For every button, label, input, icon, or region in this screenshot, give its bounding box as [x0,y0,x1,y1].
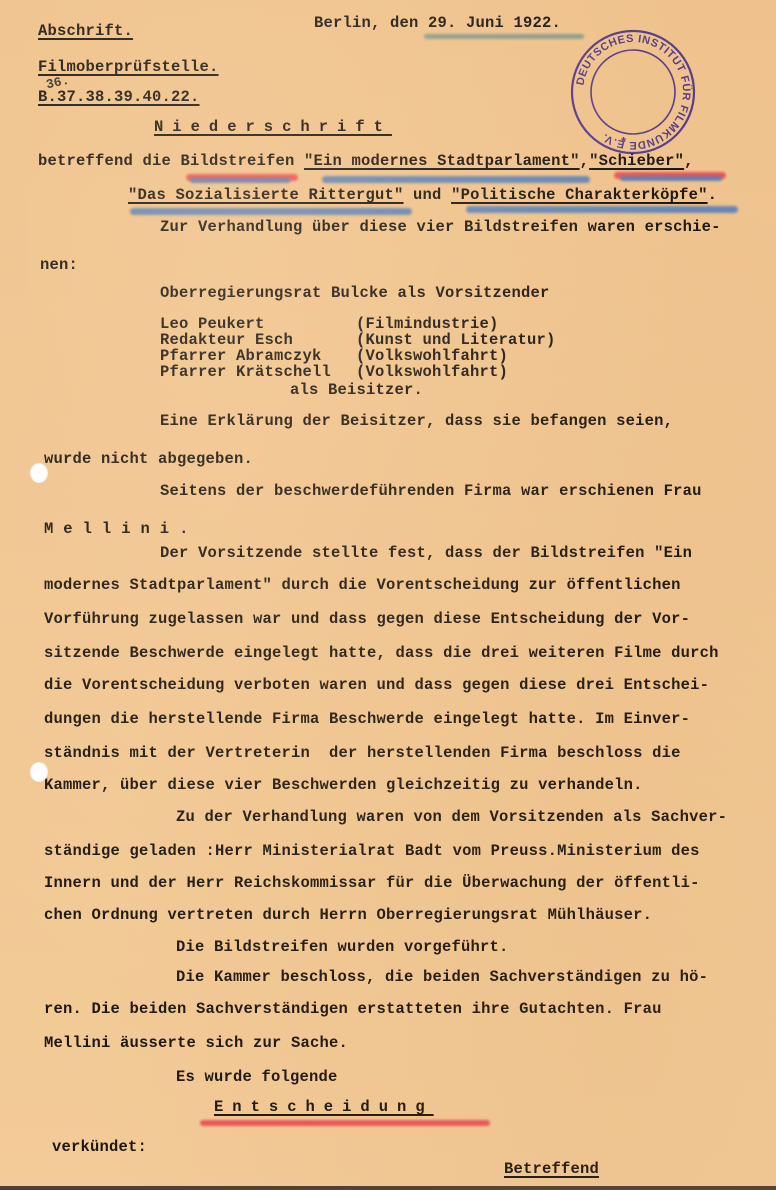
page-edge [0,1186,776,1190]
paragraph-line: Die Kammer beschloss, die beiden Sachver… [176,968,708,986]
paragraph-line: Es wurde folgende [176,1068,338,1086]
blue-highlight [190,178,290,183]
decision-heading: Entscheidung [214,1098,434,1116]
paragraph-line: Zu der Verhandlung waren von dem Vorsitz… [176,808,727,826]
blue-highlight [130,208,412,215]
assessor-field: (Kunst und Literatur) [356,332,556,348]
blue-highlight [322,176,590,183]
assessor-field: (Volkswohlfahrt) [356,364,508,380]
paragraph-line: wurde nicht abgegeben. [44,450,253,468]
paragraph-line: die Vorentscheidung verboten waren und d… [44,676,709,694]
assessor-field: (Volkswohlfahrt) [356,348,508,364]
blue-highlight [620,176,722,181]
paragraph-line: sitzende Beschwerde eingelegt hatte, das… [44,644,719,662]
date-highlight [424,34,584,39]
place-date: Berlin, den 29. Juni 1922. [314,14,561,32]
paragraph-line: dungen die herstellende Firma Beschwerde… [44,710,690,728]
reference-number: B.37.38.39.40.22. [38,88,200,106]
paragraph-line: ren. Die beiden Sachverständigen erstatt… [44,1000,662,1018]
body-line: nen: [40,256,78,274]
subject-line-1: betreffend die Bildstreifen "Ein moderne… [38,152,694,170]
paragraph-line: Eine Erklärung der Beisitzer, dass sie b… [160,412,673,430]
assessor-field: (Filmindustrie) [356,316,499,332]
paragraph-line: Mellini. [44,520,198,538]
chair: Oberregierungsrat Bulcke als Vorsitzende… [160,284,550,302]
red-highlight [200,1120,490,1126]
film-title-rittergut: "Das Sozialisierte Rittergut" [128,186,404,204]
film-title-charakterkoepfe: "Politische Charakterköpfe" [451,186,708,204]
assessor-name: Pfarrer Abramczyk [160,348,322,364]
film-title-schieber: "Schieber" [589,152,684,170]
assessor-name: Redakteur Esch [160,332,293,348]
announced-label: verkündet: [52,1138,147,1156]
paragraph-line: Kammer, über diese vier Beschwerden glei… [44,776,643,794]
paragraph-line: modernes Stadtparlament" durch die Voren… [44,576,681,594]
punch-hole [30,463,48,483]
paragraph-line: chen Ordnung vertreten durch Herrn Oberr… [44,906,652,924]
punch-hole [30,762,48,782]
assessor-name: Pfarrer Krätschell [160,364,331,380]
document-title: Niederschrift [154,118,392,136]
copy-label: Abschrift. [38,22,133,40]
subject-line-2: "Das Sozialisierte Rittergut" und "Polit… [128,186,717,204]
paragraph-line: Vorführung zugelassen war und dass gegen… [44,610,690,628]
blue-highlight [466,206,738,213]
catchword: Betreffend [504,1160,599,1178]
document-page: Abschrift. Filmoberprüfstelle. 36. B.37.… [0,0,776,1190]
assessor-name: Leo Peukert [160,316,265,332]
institute-stamp: DEUTSCHES INSTITUT FÜR FILMKUNDE E.V. * [569,28,697,156]
paragraph-line: ständige geladen :Herr Ministerialrat Ba… [44,842,700,860]
assessors-label: als Beisitzer. [290,382,423,398]
paragraph-line: Mellini äusserte sich zur Sache. [44,1034,348,1052]
paragraph-line: ständnis mit der Vertreterin der herstel… [44,744,681,762]
paragraph-line: Die Bildstreifen wurden vorgeführt. [176,938,509,956]
paragraph-line: Seitens der beschwerdeführenden Firma wa… [160,482,702,500]
paragraph-line: Der Vorsitzende stellte fest, dass der B… [160,544,692,562]
film-title-stadtparlament: "Ein modernes Stadtparlament" [304,152,580,170]
body-line: Zur Verhandlung über diese vier Bildstre… [160,218,721,236]
paragraph-line: Innern und der Herr Reichskommissar für … [44,874,700,892]
